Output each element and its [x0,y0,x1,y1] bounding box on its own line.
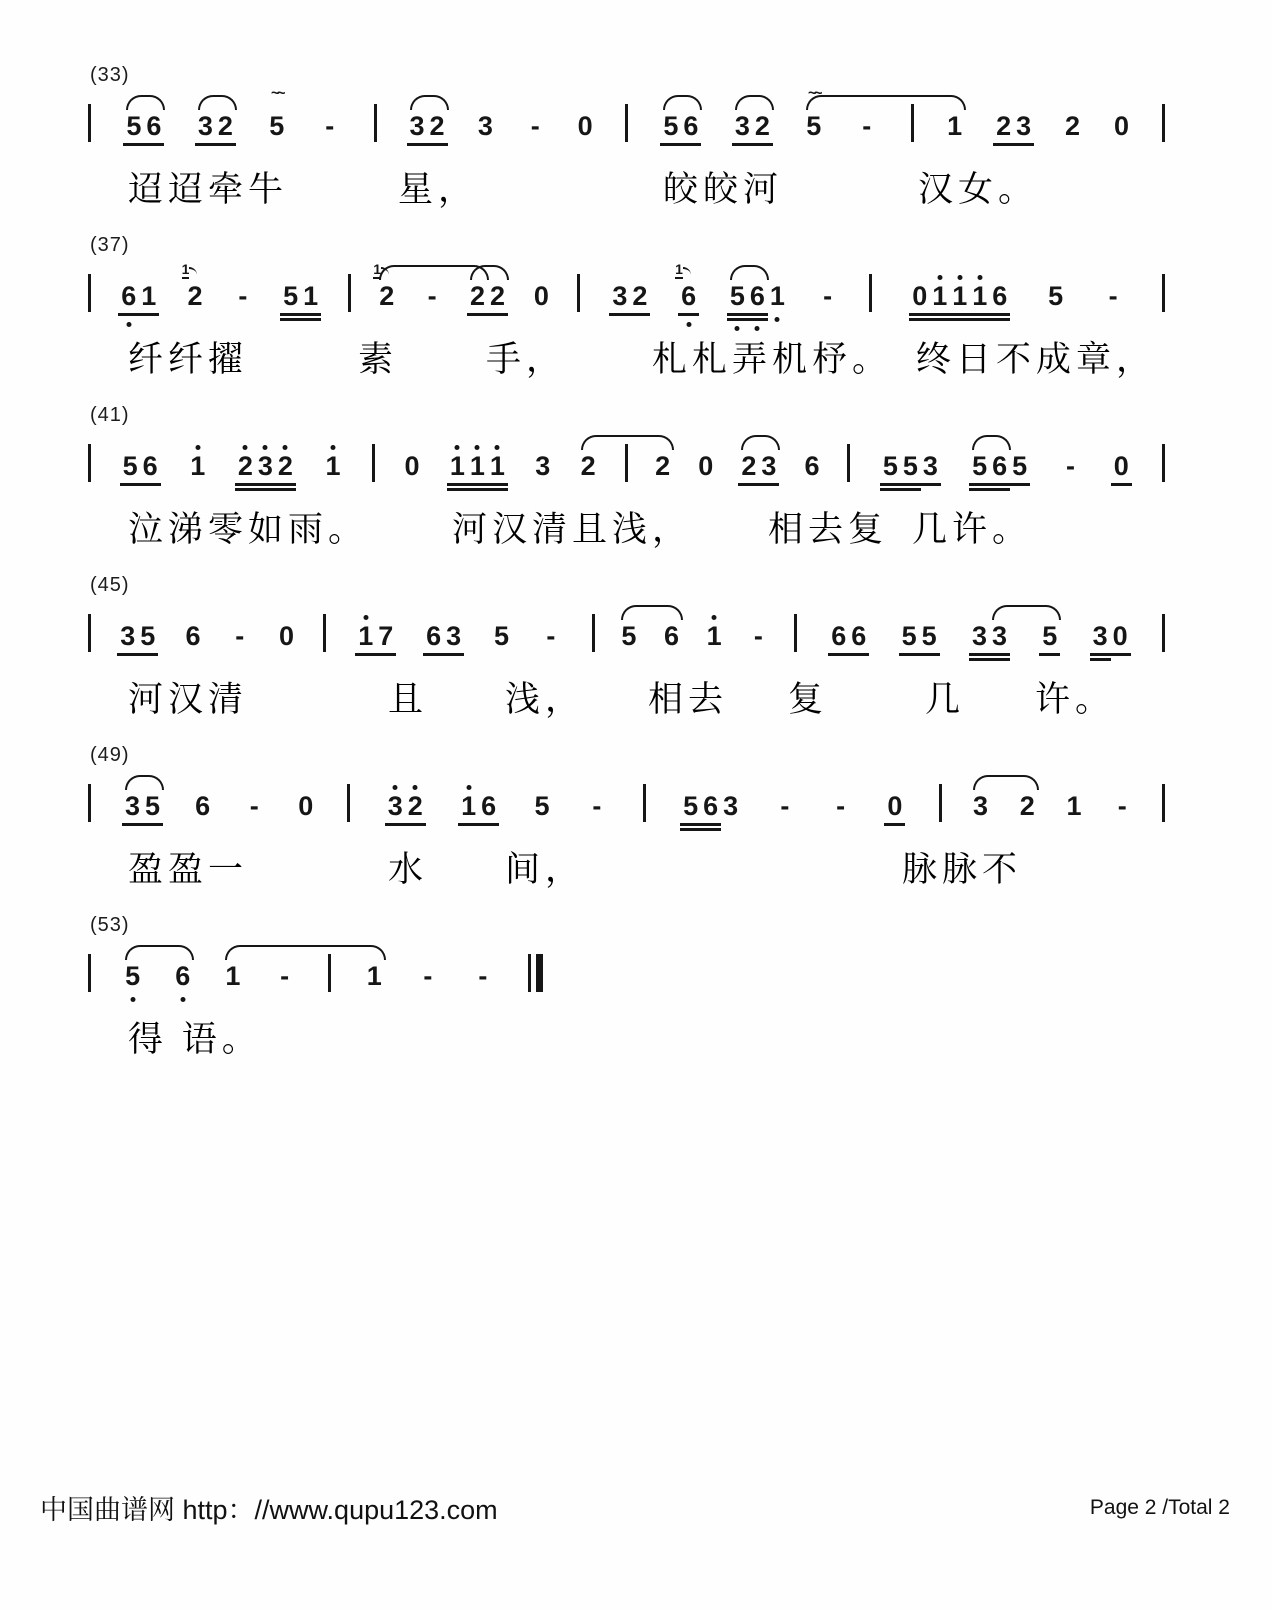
beam-underline [487,313,508,316]
note-value: - [423,963,432,990]
note-value: 2 [408,793,423,820]
note-digit: 2 [754,113,771,140]
notes-row: 561-1-- [88,944,543,990]
dash-continuation: - [541,623,561,650]
slur-tie-arc [126,95,165,110]
note-digit: 5 [1041,623,1058,650]
octave-dot [977,275,982,280]
note-value: 1 [303,283,318,310]
note-value: 2 [490,283,505,310]
notes-row: 561232101113220236553565-0 [88,434,1165,480]
barline [1162,104,1165,142]
slur-tie-arc [992,605,1061,620]
lyrics-row: 迢迢牵牛星，皎皎河汉女。 [88,162,1272,218]
staff-system: (45)356-017635-561-665533530河汉清且浅，相去复几许。 [88,574,1272,744]
measure: 563--0 [646,793,939,820]
beam-underline [467,313,488,316]
measure: 321- [942,793,1162,820]
beam-underline [385,823,406,826]
note-value: 3 [410,113,425,140]
note-group: 01116 [911,283,1008,310]
slur-tie-arc [410,95,449,110]
note-group: 22 [469,283,506,310]
measure: 32165- [350,793,643,820]
beam-underline [969,318,990,321]
note-digit: 5 [901,623,918,650]
note-value: 3 [388,793,403,820]
beam-underline [828,653,849,656]
note-value: 3 [973,793,988,820]
beam-underline [427,143,448,146]
note-group: 3 [972,793,989,820]
note-digit: 3 [760,453,777,480]
measure-number: (45) [90,574,130,597]
note-digit: 5 [493,623,510,650]
measure: 17635- [326,623,592,650]
dash-continuation: - [244,793,264,820]
note-value: 1 [225,963,240,990]
measure: 6121-51 [91,283,348,310]
beam-underline [848,653,869,656]
slur-tie-arc [225,945,385,960]
barline [1162,614,1165,652]
note-value: 0 [578,113,593,140]
barline [1162,444,1165,482]
note-group: 0 [577,113,594,140]
beam-underline [989,318,1010,321]
note-digit: 5 [971,453,988,480]
beam-underline [255,488,276,491]
note-digit: 2 [237,453,254,480]
note-group: 3 [534,453,551,480]
note-digit: 5 [282,283,299,310]
note-value: - [754,623,763,650]
note-digit: 6 [682,113,699,140]
note-value: - [592,793,601,820]
note-value: 6 [664,623,679,650]
note-group: 51 [282,283,319,310]
note-digit: 5~~ [805,113,822,140]
lyric-segment: 河汉清 [128,672,248,722]
beam-underline [447,488,468,491]
beam-underline [375,653,396,656]
rest-note: 0 [404,453,421,480]
note-value: 1 [932,283,947,310]
beam-underline [700,828,721,831]
note-digit: 3 [119,623,136,650]
beam-underline [1110,653,1131,656]
rest-note: 0 [1113,453,1130,480]
score: (33)56325~~-323-056325~~-12320迢迢牵牛星，皎皎河汉… [88,64,1272,1084]
note-digit: 3 [991,623,1008,650]
lyric-segment: 相去复 [768,502,888,552]
note-value: - [780,793,789,820]
note-digit: 3 [1092,623,1109,650]
dash-continuation: - [818,283,838,310]
note-value: 6 [143,453,158,480]
note-digit: 3 [722,793,739,820]
note-value: 0 [698,453,713,480]
note-value: - [428,283,437,310]
note-group: 2 [1064,113,1081,140]
note-value: - [1118,793,1127,820]
note-value: 6 [703,793,718,820]
note-group: 5~~ [268,113,285,140]
slur-tie-arc [735,95,774,110]
note-value: 3 [120,623,135,650]
note-value: 5 [269,113,284,140]
note-digit: 1 [931,283,948,310]
note-group: - [541,623,561,650]
note-group: 56 [125,113,162,140]
note-value: 5 [1012,453,1027,480]
note-group: 5 [1047,283,1064,310]
note-digit: 5~~ [268,113,285,140]
note-value: 5 [123,453,138,480]
octave-dot [130,997,135,1002]
slur-tie-arc [741,435,780,450]
octave-dot [466,785,471,790]
beam-underline [949,318,970,321]
note-value: 2 [379,283,394,310]
rest-note: 0 [886,793,903,820]
note-value: 3 [735,113,750,140]
beam-underline [235,483,256,486]
measure-number: (49) [90,744,130,767]
note-group: 563 [682,793,739,820]
note-digit: 5 [682,793,699,820]
note-group: 565 [971,453,1028,480]
note-value: 1 [358,623,373,650]
note-value: 1 [325,453,340,480]
note-value: 5 [903,453,918,480]
note-group: - [1103,283,1123,310]
note-group: - [244,793,264,820]
note-group: - [587,793,607,820]
beam-underline [1039,653,1060,656]
note-value: - [280,963,289,990]
notes-row: 56325~~-323-056325~~-12320 [88,94,1165,140]
octave-dot [686,322,691,327]
lyric-segment: 手， [486,332,566,382]
note-group: 0 [278,623,295,650]
note-digit: 5 [662,113,679,140]
rest-note: 0 [533,283,550,310]
slur-tie-arc [972,435,1011,450]
note-group: 35 [124,793,161,820]
beam-underline [700,823,721,826]
barline [1162,274,1165,312]
slur-tie-arc [621,605,683,620]
note-digit: 2 [407,793,424,820]
octave-dot [243,445,248,450]
octave-dot [712,615,717,620]
note-digit: 3 [124,793,141,820]
note-group: 32 [409,113,446,140]
slur-tie-arc [125,775,164,790]
beam-underline [487,483,508,486]
beam-underline [117,653,138,656]
note-group: 553 [882,453,939,480]
note-group: 5~~ [805,113,822,140]
beam-underline [275,488,296,491]
note-value: 5 [125,963,140,990]
note-value: - [238,283,247,310]
beam-underline [747,313,768,316]
beam-underline [1111,483,1132,486]
note-value: 1 [707,623,722,650]
beam-underline [660,143,681,146]
note-group: 6 [194,793,211,820]
lyric-segment: 迢迢牵牛 [128,162,288,212]
note-value: 2 [278,453,293,480]
beam-underline [929,313,950,316]
note-value: 0 [887,793,902,820]
note-group: 32 [197,113,234,140]
beam-underline [949,313,970,316]
note-value: 6 [426,623,441,650]
note-value: - [531,113,540,140]
notes-row: 356-032165-563--0321- [88,774,1165,820]
note-digit: 3 [445,623,462,650]
lyrics-row: 盈盈一水间，脉脉不 [88,842,1272,898]
note-digit: 6 [702,793,719,820]
lyric-segment: 水 [388,842,428,892]
lyric-segment: 札札弄机杼。 [652,332,892,382]
note-digit: 21 [187,283,204,310]
beam-underline [1090,658,1111,661]
beam-underline [1009,483,1030,486]
note-group: 21 [187,283,204,310]
beam-underline [989,313,1010,316]
note-digit: 6 [830,623,847,650]
footer-site-url: 中国曲谱网 http：//www.qupu123.com [40,1488,498,1527]
note-digit: 2 [580,453,597,480]
note-value: 0 [1114,453,1129,480]
rest-note: 0 [911,283,928,310]
measure: 011132 [375,453,625,480]
note-value: 1 [141,283,156,310]
beam-underline [680,823,701,826]
beam-underline [123,143,144,146]
note-value: 2 [655,453,670,480]
beam-underline [458,823,479,826]
final-barline-thin [528,954,531,992]
note-group: 0 [1113,113,1130,140]
note-value: 3 [923,453,938,480]
note-digit: 1 [489,453,506,480]
note-digit: 5 [534,793,551,820]
beam-underline [989,658,1010,661]
note-value: 3 [972,623,987,650]
note-value: 6 [175,963,190,990]
measure: 561- [595,623,794,650]
note-value: 3 [478,113,493,140]
measure-number: (37) [90,234,130,257]
lyric-segment: 泣涕零如雨。 [128,502,368,552]
note-digit: 6 [145,113,162,140]
dash-continuation: - [748,623,768,650]
beam-underline [447,483,468,486]
note-value: - [325,113,334,140]
note-value: 5 [730,283,745,310]
rest-note: 0 [697,453,714,480]
notes-row: 356-017635-561-665533530 [88,604,1165,650]
beam-underline [609,313,630,316]
beam-underline [235,488,256,491]
octave-dot [331,445,336,450]
dash-continuation: - [233,283,253,310]
beam-underline [1090,653,1111,656]
dash-continuation: - [422,283,442,310]
note-group: 5 [534,793,551,820]
measure: 20236 [628,453,847,480]
note-group: 561 [729,283,786,310]
note-group: 1 [366,963,383,990]
beam-underline [487,488,508,491]
note-digit: 6 [850,623,867,650]
beam-underline [900,488,921,491]
note-group: 0 [1113,453,1130,480]
note-group: 17 [357,623,394,650]
slur-tie-arc [125,945,194,960]
octave-dot [775,317,780,322]
beam-underline [880,488,901,491]
note-value: 5 [806,113,821,140]
beam-underline [880,483,901,486]
note-digit: 1 [302,283,319,310]
note-group: 1 [946,113,963,140]
note-value: 6 [681,283,696,310]
note-value: 6 [195,793,210,820]
lyric-segment: 几许。 [912,502,1032,552]
measure: 12320 [914,113,1162,140]
note-group: 0 [886,793,903,820]
note-digit: 6 [142,453,159,480]
lyric-segment: 得 语。 [128,1012,262,1062]
note-value: 6 [831,623,846,650]
dash-continuation: - [775,793,795,820]
note-value: 5 [535,793,550,820]
dash-continuation: - [857,113,877,140]
note-value: 6 [146,113,161,140]
note-group: - [748,623,768,650]
note-digit: 1 [460,793,477,820]
note-value: - [862,113,871,140]
octave-dot [283,445,288,450]
note-group: 6 [185,623,202,650]
octave-dot [735,326,740,331]
note-group: 32 [611,283,648,310]
note-digit: 2 [740,453,757,480]
note-group: 1 [1065,793,1082,820]
slur-tie-arc [581,435,675,450]
note-group: 0 [297,793,314,820]
staff-system: (41)561232101113220236553565-0泣涕零如雨。河汉清且… [88,404,1272,574]
note-digit: 6 [663,623,680,650]
note-group: 6 [663,623,680,650]
dash-continuation: - [587,793,607,820]
staff-system: (49)356-032165-563--0321-盈盈一水间，脉脉不 [88,744,1272,914]
beam-underline [275,483,296,486]
note-value: 5 [494,623,509,650]
note-group: 61 [120,283,157,310]
note-value: 0 [1114,113,1129,140]
measure: 553565-0 [850,453,1162,480]
dash-continuation: - [525,113,545,140]
beam-underline [884,823,905,826]
note-group: 5 [124,963,141,990]
lyrics-row: 河汉清且浅，相去复几许。 [88,672,1272,728]
dash-continuation: - [473,963,493,990]
note-value: 0 [1113,623,1128,650]
measure: 5612321 [91,453,372,480]
note-group: 33 [971,623,1008,650]
measure: 356-0 [91,793,347,820]
beam-underline [969,488,990,491]
octave-dot [180,997,185,1002]
beam-underline [969,653,990,656]
beam-underline [443,653,464,656]
note-value: 2 [741,453,756,480]
measure: 3261561- [580,283,870,310]
beam-underline [678,313,699,316]
beam-underline [478,823,499,826]
slur-tie-arc [663,95,702,110]
beam-underline [919,653,940,656]
note-digit: 1 [951,283,968,310]
rest-note: 0 [297,793,314,820]
note-digit: 5 [1047,283,1064,310]
note-value: 6 [750,283,765,310]
note-value: 0 [912,283,927,310]
note-digit: 3 [972,793,989,820]
note-digit: 5 [144,793,161,820]
beam-underline [680,143,701,146]
note-value: 0 [298,793,313,820]
beam-underline [407,143,428,146]
measure: 21-220 [351,283,576,310]
note-group: - [233,283,253,310]
note-value: 5 [1048,283,1063,310]
dash-continuation: - [275,963,295,990]
note-digit: 5 [902,453,919,480]
note-value: - [823,283,832,310]
lyric-segment: 复 [788,672,828,722]
measure: 011165- [872,283,1162,310]
dash-continuation: - [1112,793,1132,820]
beam-underline [732,143,753,146]
note-digit: 61 [680,283,697,310]
beam-underline [300,313,321,316]
note-value: 6 [851,623,866,650]
note-digit: 1 [706,623,723,650]
note-digit: 3 [387,793,404,820]
note-digit: 6 [194,793,211,820]
note-digit: 2 [429,113,446,140]
note-group: 56 [122,453,159,480]
note-digit: 1 [946,113,963,140]
note-digit: 5 [125,113,142,140]
note-digit: 1 [140,283,157,310]
note-value: - [1066,453,1075,480]
lyric-segment: 脉脉不 [902,842,1022,892]
beam-underline [195,143,216,146]
beam-underline [143,143,164,146]
slur-tie-arc [973,775,1039,790]
rest-note: 0 [278,623,295,650]
note-digit: 1 [769,283,786,310]
